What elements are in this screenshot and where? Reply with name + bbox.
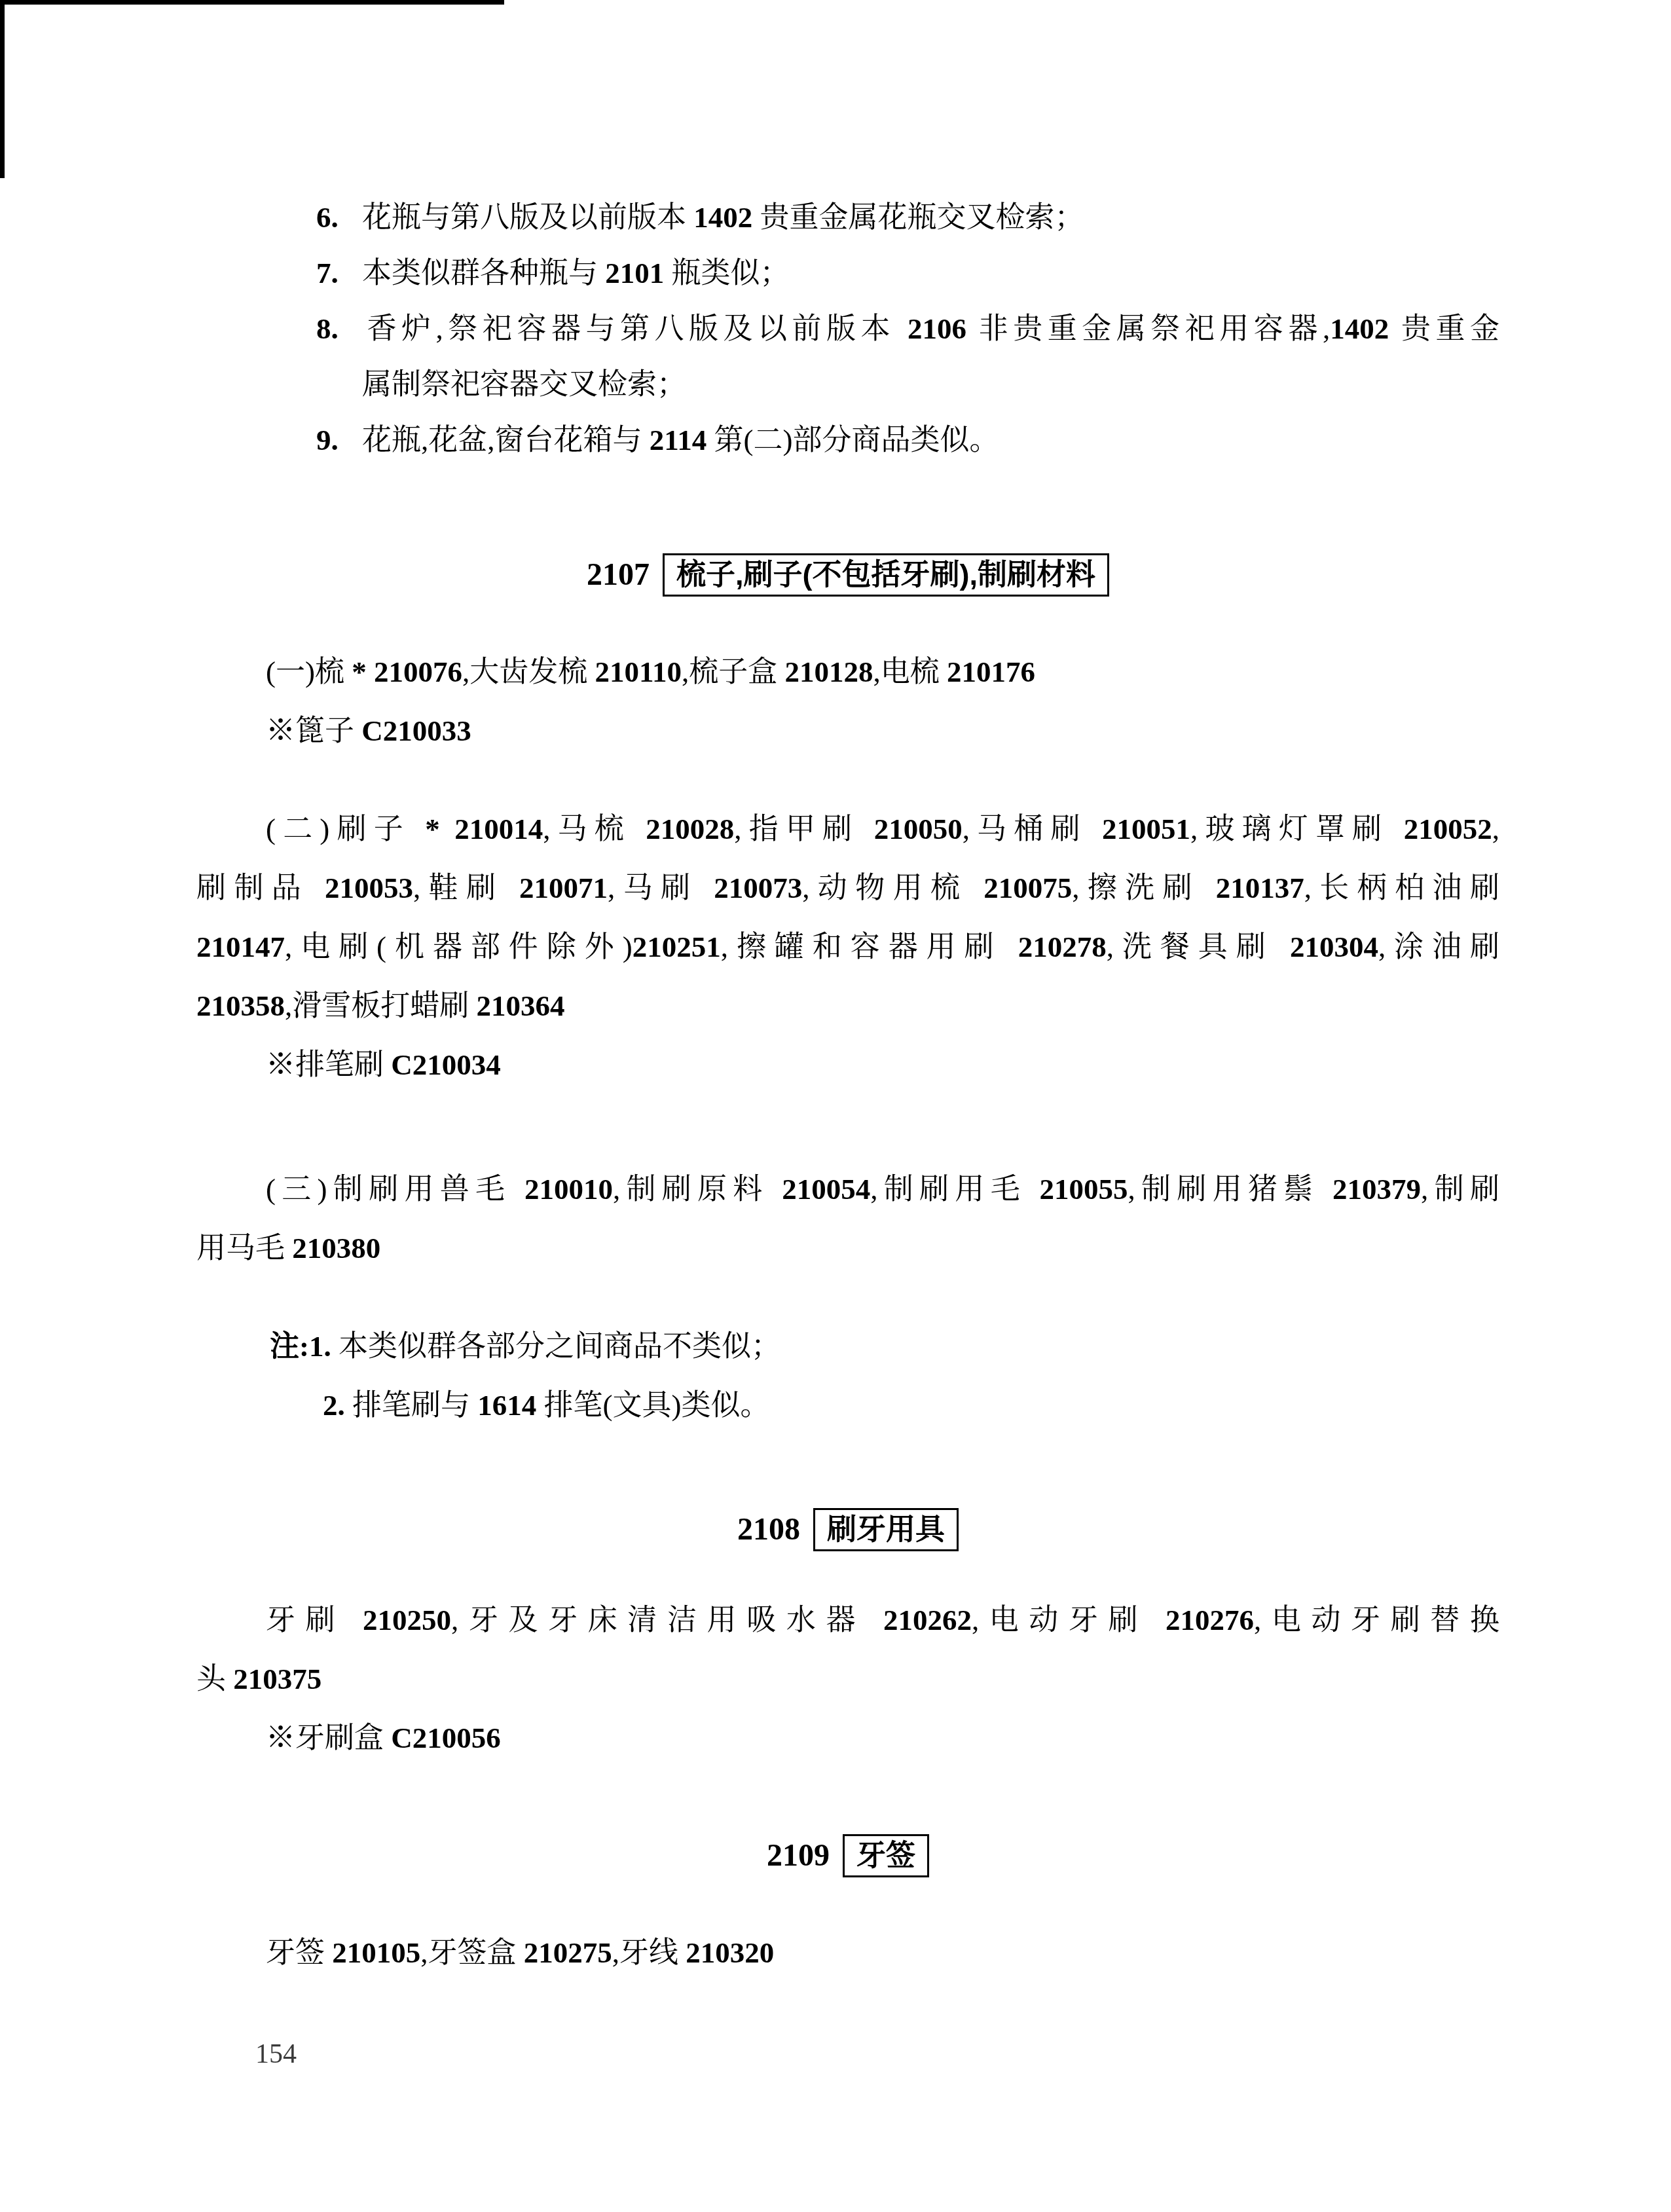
item-text: 花瓶,花盆,窗台花箱与 2114 第(二)部分商品类似。	[362, 424, 999, 456]
scan-artifact-top-edge	[0, 0, 504, 5]
item-number: 6.	[316, 190, 362, 246]
item-number: 7.	[316, 246, 362, 301]
note-label: 注:1.	[270, 1330, 331, 1363]
note-label: 2.	[323, 1389, 345, 1422]
note-text: 本类似群各部分之间商品不类似；	[339, 1330, 780, 1363]
note-item-2: 2. 排笔刷与 1614 排笔(文具)类似。	[323, 1376, 1499, 1435]
text-line: 210358,滑雪板打蜡刷 210364	[196, 976, 1499, 1035]
document-page: 6.花瓶与第八版及以前版本 1402 贵重金属花瓶交叉检索； 7.本类似群各种瓶…	[0, 0, 1671, 2212]
item-text: 属制祭祀容器交叉检索；	[362, 368, 686, 401]
note-text: 排笔刷与 1614 排笔(文具)类似。	[352, 1389, 770, 1422]
group-2107-part1: (一)梳 * 210076,大齿发梳 210110,梳子盒 210128,电梳 …	[196, 642, 1499, 760]
list-item-8-continuation: 属制祭祀容器交叉检索；	[362, 357, 1499, 413]
intro-numbered-list: 6.花瓶与第八版及以前版本 1402 贵重金属花瓶交叉检索； 7.本类似群各种瓶…	[196, 190, 1499, 468]
group-2108: 牙刷 210250,牙及牙床清洁用吸水器 210262,电动牙刷 210276,…	[196, 1591, 1499, 1767]
section-title: 牙签	[856, 1839, 915, 1872]
notes-block-2107: 注:1. 本类似群各部分之间商品不类似； 2. 排笔刷与 1614 排笔(文具)…	[196, 1317, 1499, 1435]
group-2109: 牙签 210105,牙签盒 210275,牙线 210320	[196, 1923, 1499, 1982]
text-line: 用马毛 210380	[196, 1219, 1499, 1278]
section-heading-2107: 2107 梳子,刷子(不包括牙刷),制刷材料	[196, 553, 1499, 597]
section-title-box: 梳子,刷子(不包括牙刷),制刷材料	[663, 553, 1109, 597]
group-2107-part2: (二)刷子 * 210014,马梳 210028,指甲刷 210050,马桶刷 …	[196, 800, 1499, 1094]
page-number: 154	[255, 2038, 1499, 2071]
item-text: 本类似群各种瓶与 2101 瓶类似；	[362, 257, 790, 289]
text-line: (二)刷子 * 210014,马梳 210028,指甲刷 210050,马桶刷 …	[196, 800, 1499, 858]
scan-artifact-left-edge	[0, 0, 5, 178]
note-line: ※篦子 C210033	[196, 701, 1499, 760]
page-content: 6.花瓶与第八版及以前版本 1402 贵重金属花瓶交叉检索； 7.本类似群各种瓶…	[0, 0, 1671, 2071]
item-text: 花瓶与第八版及以前版本 1402 贵重金属花瓶交叉检索；	[362, 201, 1084, 234]
note-item-1: 注:1. 本类似群各部分之间商品不类似；	[270, 1317, 1499, 1376]
list-item-6: 6.花瓶与第八版及以前版本 1402 贵重金属花瓶交叉检索；	[316, 190, 1499, 246]
text-line: 牙签 210105,牙签盒 210275,牙线 210320	[196, 1923, 1499, 1982]
list-item-8: 8.香炉,祭祀容器与第八版及以前版本 2106 非贵重金属祭祀用容器,1402 …	[316, 301, 1499, 357]
section-code: 2109	[767, 1835, 830, 1876]
note-line: ※牙刷盒 C210056	[196, 1708, 1499, 1767]
text-line: 牙刷 210250,牙及牙床清洁用吸水器 210262,电动牙刷 210276,…	[196, 1591, 1499, 1650]
section-code: 2108	[737, 1509, 800, 1550]
item-number: 9.	[316, 413, 362, 468]
item-number: 8.	[316, 301, 362, 357]
section-title-box: 牙签	[843, 1834, 929, 1877]
text-line: 头 210375	[196, 1650, 1499, 1708]
text-line: (一)梳 * 210076,大齿发梳 210110,梳子盒 210128,电梳 …	[196, 642, 1499, 701]
section-title: 刷牙用具	[827, 1513, 945, 1546]
group-2107-part3: (三)制刷用兽毛 210010,制刷原料 210054,制刷用毛 210055,…	[196, 1160, 1499, 1278]
section-title: 梳子,刷子(不包括牙刷),制刷材料	[676, 558, 1095, 591]
text-line: (三)制刷用兽毛 210010,制刷原料 210054,制刷用毛 210055,…	[196, 1160, 1499, 1219]
list-item-9: 9.花瓶,花盆,窗台花箱与 2114 第(二)部分商品类似。	[316, 413, 1499, 468]
section-heading-2109: 2109 牙签	[196, 1834, 1499, 1877]
section-heading-2108: 2108 刷牙用具	[196, 1508, 1499, 1551]
text-line: 210147,电刷(机器部件除外)210251,擦罐和容器用刷 210278,洗…	[196, 917, 1499, 976]
list-item-7: 7.本类似群各种瓶与 2101 瓶类似；	[316, 246, 1499, 301]
section-code: 2107	[587, 555, 650, 595]
note-line: ※排笔刷 C210034	[196, 1035, 1499, 1094]
text-line: 刷制品 210053,鞋刷 210071,马刷 210073,动物用梳 2100…	[196, 858, 1499, 917]
item-text: 香炉,祭祀容器与第八版及以前版本 2106 非贵重金属祭祀用容器,1402 贵重…	[362, 312, 1499, 345]
section-title-box: 刷牙用具	[813, 1508, 959, 1551]
